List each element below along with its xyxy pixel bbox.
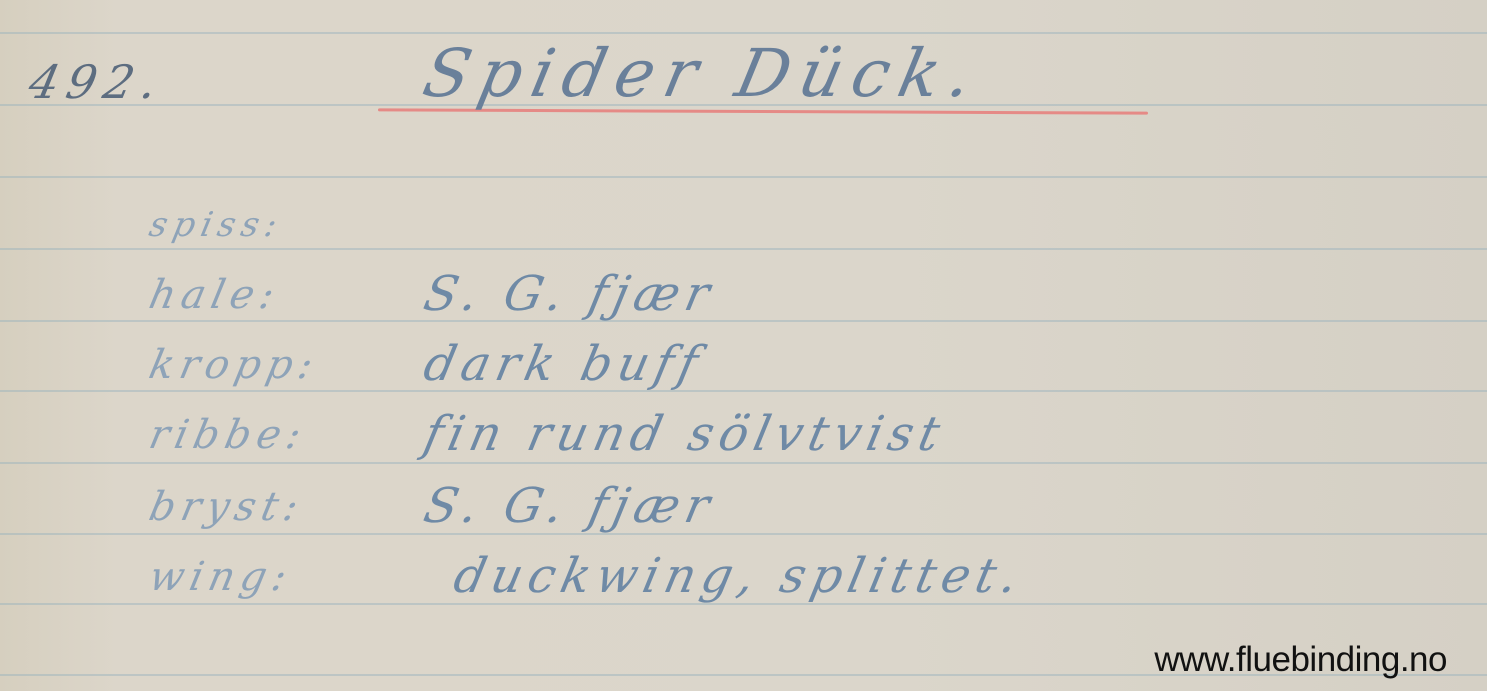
notebook-page: 492. Spider Dück. spiss: hale: S. G. fjæ… <box>0 0 1487 691</box>
ruled-line <box>0 248 1487 250</box>
page-title: Spider Dück. <box>417 35 989 112</box>
field-label-ribbe: ribbe: <box>145 412 311 458</box>
ruled-line <box>0 176 1487 178</box>
field-value-kropp: dark buff <box>419 336 709 392</box>
ruled-line <box>0 533 1487 535</box>
field-label-bryst: bryst: <box>145 484 308 530</box>
field-label-wing: wing: <box>145 554 297 600</box>
ruled-line <box>0 32 1487 34</box>
ruled-line <box>0 462 1487 464</box>
ruled-line <box>0 320 1487 322</box>
entry-number: 492. <box>24 55 170 109</box>
ruled-line <box>0 390 1487 392</box>
watermark-link: www.fluebinding.no <box>1154 640 1447 680</box>
field-value-wing: duckwing, splittet. <box>449 548 1029 604</box>
field-label-hale: hale: <box>145 272 284 318</box>
field-label-kropp: kropp: <box>145 342 323 388</box>
field-value-hale: S. G. fjær <box>419 266 720 322</box>
field-value-bryst: S. G. fjær <box>419 478 720 534</box>
field-value-ribbe: fin rund sölvtvist <box>419 406 951 462</box>
field-label-spiss: spiss: <box>146 205 287 245</box>
